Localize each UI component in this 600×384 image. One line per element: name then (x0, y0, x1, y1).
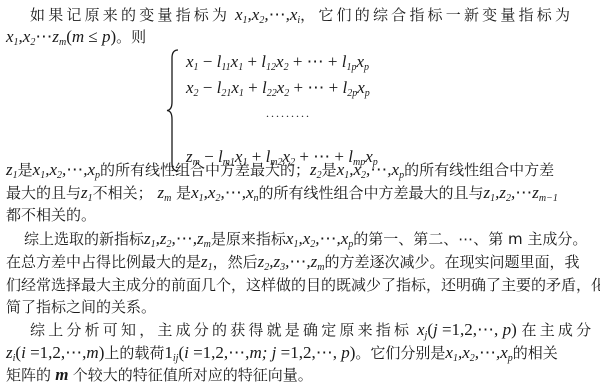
math-z-seq: z2,z3,⋯,zm (258, 252, 325, 271)
math-x-seq: x1,x2,⋯,xp (445, 343, 512, 362)
math-xj: xj(j =1,2,⋯, p) (417, 320, 517, 339)
math-x-sequence: x1,x2,⋯,xi (235, 5, 300, 24)
math-z-seq: z1,z2,⋯,zm (144, 229, 211, 248)
paragraph-3-line-3: 们经常选择最大主成分的前面几个，这样做的目的既减少了指标，还明确了主要的矛盾，化 (6, 275, 600, 295)
math-z-seq: z1,z2,⋯zm−1 (484, 183, 558, 202)
text: 在总方差中占得比例最大的是 (6, 253, 201, 271)
math-x-seq: x1,x2,⋯,xn (191, 183, 258, 202)
text: 。则 (116, 28, 146, 46)
math-x-seq: x1,x2,⋯,xp (337, 160, 404, 179)
text: 矩阵的 (6, 366, 51, 384)
equation-row-2: x2 − l21x1 + l22x2 + ⋯ + l2pxp (186, 78, 370, 104)
math-x-seq: x1,x2,⋯,xp (33, 160, 100, 179)
text: 综上选取的新指标 (24, 230, 144, 248)
text: 最大的且与 (6, 184, 81, 202)
text: 是原来指标 (211, 230, 286, 248)
paragraph-1-line-2: x1,x2⋯zm(m ≤ p)。则 (6, 27, 146, 53)
math-x-seq: x1,x2,⋯,xp (286, 229, 353, 248)
text: 是 (176, 184, 191, 202)
math-zi: zi(i =1,2,⋯,m) (6, 343, 104, 362)
text: 不相关； (93, 184, 153, 202)
math-m: m (51, 365, 73, 384)
text: 的第一、第二、⋯、第 m 主成分。 (353, 230, 587, 248)
text: 的方差逐次减少。在现实问题里面，我 (325, 253, 580, 271)
equation-system: x1 − l11x1 + l12x2 + ⋯ + l1pxp x2 − l21x… (166, 48, 406, 173)
text: ，它们的综合指标一新变量指标为 (300, 6, 573, 24)
text: 是 (322, 161, 337, 179)
equation-ellipsis: ......... (266, 106, 311, 121)
math-loading: 1ij(i =1,2,⋯,m; j =1,2,⋯, p) (164, 343, 355, 362)
text: 都不相关的。 (6, 206, 96, 224)
text: 上的载荷 (104, 344, 164, 362)
text: 。它们分别是 (355, 344, 445, 362)
math-new-vars: x1,x2⋯zm(m ≤ p) (6, 27, 116, 46)
text: 的所有线性组合中方差最大的； (100, 161, 310, 179)
text: 如果记原来的变量指标为 (30, 6, 230, 24)
paragraph-4-line-3: 矩阵的 m 个较大的特征值所对应的特征向量。 (6, 365, 313, 384)
math-z1: z1 (201, 252, 213, 271)
paragraph-2-line-3: 都不相关的。 (6, 205, 96, 225)
text: 的所有线性组合中方差最大的且与 (258, 184, 483, 202)
text: 综上分析可知，主成分的获得就是确定原来指标 (30, 321, 412, 339)
math-z1: z1 (6, 160, 18, 179)
math-z1: z1 (81, 183, 93, 202)
equation-row-1: x1 − l11x1 + l12x2 + ⋯ + l1pxp (186, 52, 369, 78)
text: ，然后 (213, 253, 258, 271)
text: 的所有线性组合中方差 (404, 161, 554, 179)
math-z2: z2 (310, 160, 322, 179)
text: 个较大的特征值所对应的特征向量。 (73, 366, 313, 384)
text: 是 (18, 161, 33, 179)
text: 的相关 (513, 344, 558, 362)
paragraph-3-line-4: 简了指标之间的关系。 (6, 297, 156, 317)
text: 在主成分 (522, 321, 595, 339)
left-brace-icon (166, 48, 180, 173)
math-zm: zm (157, 183, 171, 202)
